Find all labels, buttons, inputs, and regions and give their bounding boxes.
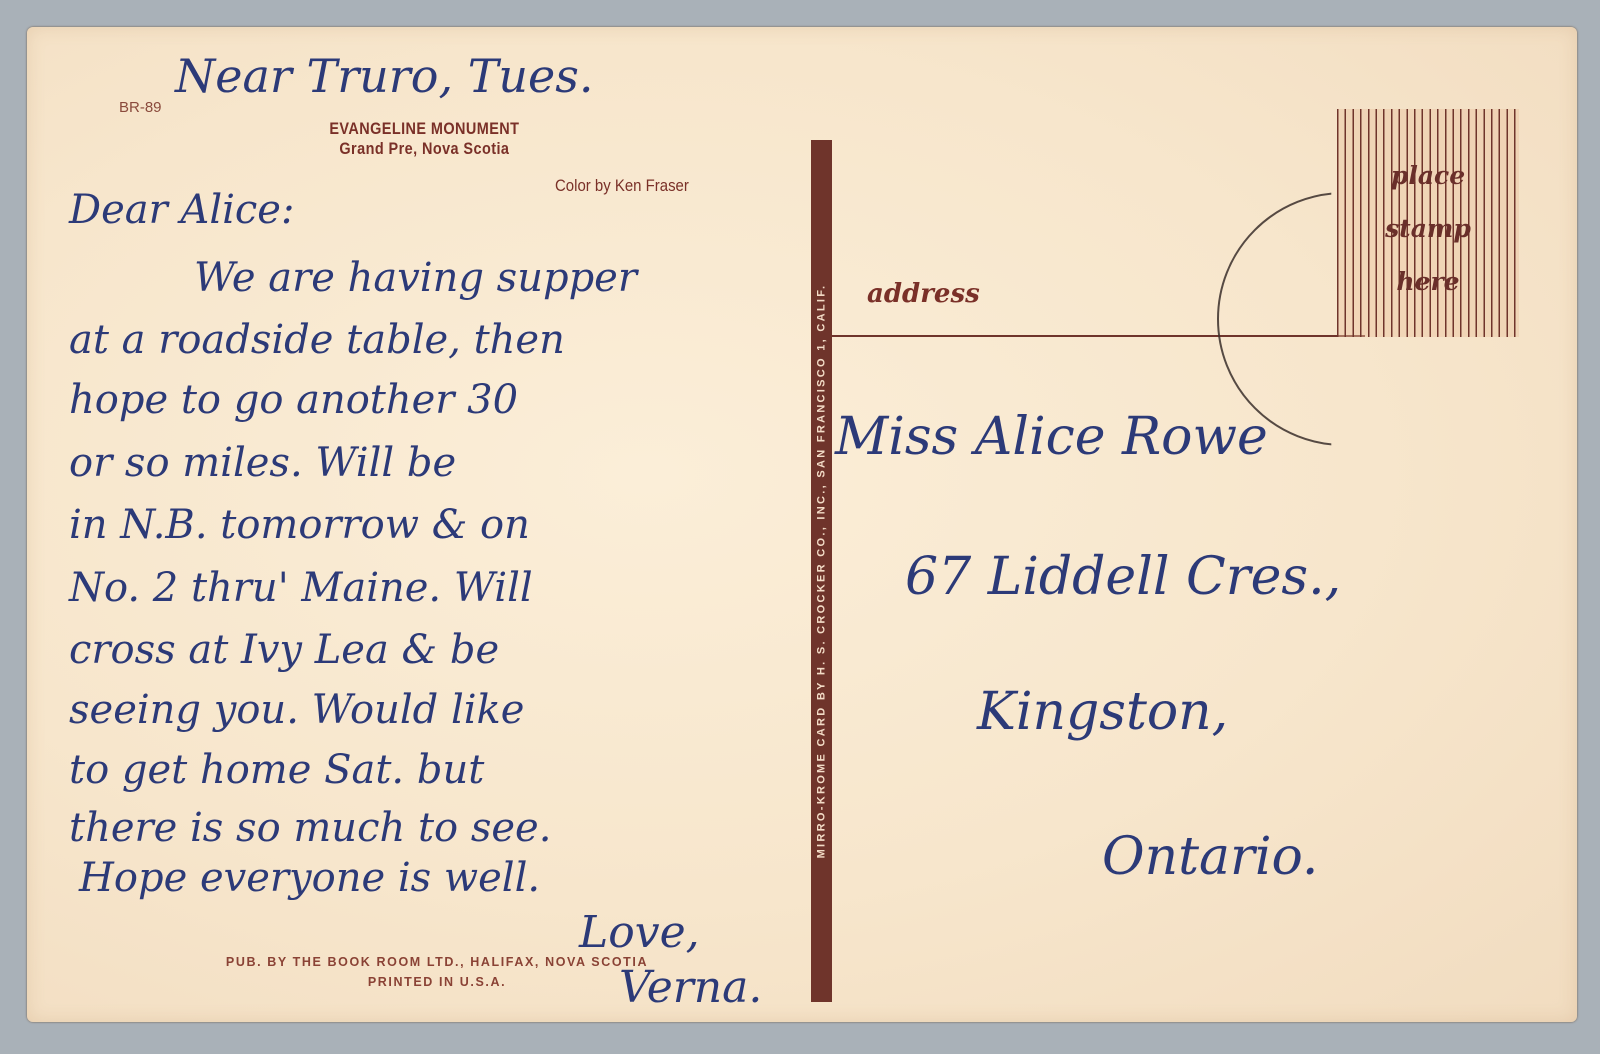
stamp-text-place: place — [1337, 149, 1519, 202]
stamp-box-text: place stamp here — [1337, 149, 1519, 308]
card-subtitle: Grand Pre, Nova Scotia — [282, 139, 567, 159]
recipient-name: Miss Alice Rowe — [835, 407, 1268, 467]
divider-text: MIRRO-KROME CARD BY H. S. CROCKER CO., I… — [811, 140, 832, 1002]
recipient-province: Ontario. — [1102, 827, 1318, 887]
message-line: No. 2 thru' Maine. Will — [69, 565, 533, 611]
stamp-box: place stamp here — [1337, 109, 1519, 337]
message-closing: Love, — [579, 907, 700, 958]
printed-line: PRINTED IN U.S.A. — [187, 972, 687, 992]
recipient-street: 67 Liddell Cres., — [905, 547, 1341, 607]
series-code: BR-89 — [119, 99, 162, 116]
message-line: Hope everyone is well. — [79, 855, 540, 901]
publisher-block: PUB. BY THE BOOK ROOM LTD., HALIFAX, NOV… — [187, 952, 687, 992]
photo-credit: Color by Ken Fraser — [555, 176, 689, 196]
message-line: We are having supper — [194, 255, 637, 301]
recipient-city: Kingston, — [977, 682, 1228, 742]
stamp-text-stamp: stamp — [1337, 202, 1519, 255]
message-line: cross at Ivy Lea & be — [69, 627, 499, 673]
address-label: address — [867, 279, 980, 309]
message-line: Dear Alice: — [69, 187, 294, 233]
message-signature: Verna. — [619, 962, 762, 1013]
message-line: seeing you. Would like — [69, 687, 524, 733]
message-line: to get home Sat. but — [69, 747, 484, 793]
message-line: in N.B. tomorrow & on — [69, 502, 530, 548]
card-title: EVANGELINE MONUMENT — [282, 119, 567, 139]
card-title-block: EVANGELINE MONUMENT Grand Pre, Nova Scot… — [282, 119, 567, 159]
message-line: or so miles. Will be — [69, 440, 456, 486]
message-line: at a roadside table, then — [69, 317, 565, 363]
message-line: there is so much to see. — [69, 805, 551, 851]
stamp-text-here: here — [1337, 255, 1519, 308]
message-line: hope to go another 30 — [69, 377, 518, 423]
postcard-back: BR-89 EVANGELINE MONUMENT Grand Pre, Nov… — [27, 27, 1577, 1022]
message-header: Near Truro, Tues. — [175, 49, 594, 103]
divider-band: MIRRO-KROME CARD BY H. S. CROCKER CO., I… — [811, 140, 832, 1002]
